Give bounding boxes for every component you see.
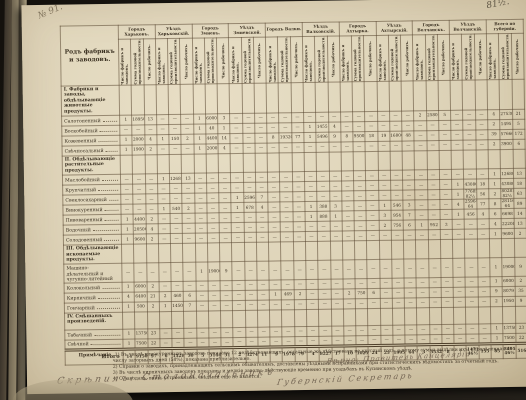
table-cell: —	[393, 335, 405, 345]
table-cell: 6000	[205, 114, 217, 124]
subcolumn-title: Число фабрикъ и заводовъ.	[118, 39, 131, 85]
table-cell: —	[133, 204, 145, 214]
subcolumn-title: Число рабочихъ.	[290, 37, 303, 83]
empty-cell	[487, 80, 500, 110]
table-cell: —	[342, 201, 354, 211]
table-cell: —	[354, 231, 366, 241]
empty-cell	[134, 244, 147, 263]
table-cell: —	[244, 213, 256, 223]
table-cell: —	[206, 183, 218, 193]
column-group-title: Городъ Валки.	[265, 23, 302, 38]
empty-cell	[256, 242, 269, 261]
table-cell: 9600	[502, 229, 514, 239]
table-cell: —	[243, 143, 255, 153]
dot-leader	[97, 304, 120, 309]
table-cell: 1	[490, 258, 503, 277]
subcolumn-title-text: Сумма годовой производительности.	[390, 36, 399, 80]
empty-cell	[304, 152, 317, 171]
table-cell: —	[181, 124, 193, 134]
empty-cell	[147, 312, 160, 329]
table-cell: —	[392, 260, 405, 279]
table-cell: —	[331, 279, 343, 289]
table-cell: —	[366, 211, 378, 221]
table-cell: —	[405, 335, 417, 345]
empty-cell	[490, 307, 503, 324]
empty-cell	[243, 153, 256, 172]
table-cell: 1	[120, 115, 132, 125]
table-cell: 89	[513, 199, 526, 209]
subcolumn-title-text: Число фабрикъ и заводовъ.	[157, 40, 166, 84]
empty-cell	[120, 155, 133, 174]
table-cell: —	[268, 182, 280, 192]
table-cell: —	[430, 334, 442, 344]
subcolumn-title-text: Число рабочихъ.	[221, 43, 226, 78]
empty-cell	[417, 308, 430, 325]
empty-cell	[466, 307, 479, 324]
table-cell: 23	[515, 323, 526, 333]
dot-leader	[105, 206, 119, 211]
empty-cell	[305, 242, 318, 261]
table-cell: 77	[292, 133, 304, 143]
table-cell: —	[196, 338, 208, 348]
table-cell: 1	[491, 324, 503, 334]
empty-cell	[416, 240, 429, 259]
table-cell: 4	[144, 135, 156, 145]
empty-cell	[193, 84, 206, 114]
row-label-text: Колокольный	[67, 286, 101, 292]
table-cell: 2	[488, 120, 500, 130]
table-cell: —	[356, 326, 368, 336]
table-cell: —	[330, 221, 342, 231]
table-cell: 1	[452, 189, 464, 199]
footnote-label: Примѣчаніе.	[79, 353, 113, 359]
table-cell: 7	[403, 210, 415, 220]
table-cell: —	[268, 202, 280, 212]
table-cell: —	[242, 123, 254, 133]
table-cell: —	[368, 325, 380, 335]
table-cell: 9	[515, 296, 526, 306]
table-cell: —	[317, 191, 329, 201]
table-cell: —	[280, 172, 292, 182]
table-cell: —	[342, 221, 354, 231]
subcolumn-title: Сумма годовой производительности.	[168, 38, 181, 84]
table-cell: 1	[158, 204, 170, 214]
table-cell: —	[245, 290, 257, 300]
table-cell: 77	[477, 199, 489, 209]
table-cell: —	[465, 258, 478, 277]
table-cell: 22	[147, 339, 159, 349]
table-cell: —	[207, 233, 219, 243]
table-cell: —	[317, 171, 329, 181]
empty-cell	[122, 312, 135, 329]
statistics-table: Родъ фабрикъ и заводовъ.Городъ Харьковъ.…	[60, 19, 526, 366]
empty-cell	[316, 152, 329, 171]
table-cell: —	[294, 300, 306, 310]
table-cell: —	[159, 282, 171, 292]
empty-cell	[450, 80, 463, 110]
column-group-title: Уѣздъ Ахтырскій.	[376, 21, 413, 36]
subcolumn-title: Число фабрикъ и заводовъ.	[229, 37, 242, 83]
subcolumn-title-text: Сумма годовой производительности.	[427, 36, 436, 80]
table-cell: 1	[489, 179, 501, 189]
table-cell: 63	[513, 189, 526, 199]
table-cell: —	[329, 142, 341, 152]
table-cell: 1	[122, 302, 134, 312]
table-cell: —	[342, 191, 354, 201]
subcolumn-title: Число фабрикъ и заводовъ.	[486, 34, 499, 80]
table-cell: 2	[343, 289, 355, 299]
table-cell: 57666	[500, 129, 512, 139]
empty-cell	[353, 152, 366, 171]
table-cell: 39	[488, 130, 500, 140]
table-cell: —	[426, 121, 438, 131]
table-cell: —	[244, 233, 256, 243]
table-cell: —	[429, 278, 441, 288]
table-cell: 172	[512, 129, 525, 139]
table-cell: —	[196, 301, 208, 311]
row-label-text: Винокуренный	[65, 208, 102, 214]
table-cell: —	[454, 334, 466, 344]
row-label-text: Крупчатный	[65, 188, 96, 194]
table-cell: —	[390, 121, 402, 131]
table-cell: —	[231, 213, 243, 223]
table-cell: —	[428, 200, 440, 210]
empty-cell	[415, 151, 428, 170]
table-cell: —	[230, 133, 242, 143]
row-label-flex: Маслобойный	[65, 176, 120, 184]
subcolumn-title-text: Сумма годовой производительности.	[169, 39, 178, 83]
table-cell: —	[294, 280, 306, 290]
row-label-text: Машино-дѣлательный и чугунно-литейный	[66, 266, 117, 282]
table-cell: —	[441, 287, 453, 297]
empty-cell	[352, 82, 365, 112]
table-cell: —	[181, 114, 193, 124]
table-cell: —	[317, 181, 329, 191]
table-cell: —	[452, 169, 464, 179]
table-cell: 5496	[316, 132, 328, 142]
table-cell: —	[269, 280, 281, 290]
table-cell: —	[307, 326, 319, 336]
column-group-title: Уѣздъ Волчанскій.	[449, 20, 486, 35]
table-cell: —	[196, 291, 208, 301]
empty-cell	[208, 311, 221, 328]
empty-cell	[255, 153, 268, 172]
empty-cell	[463, 80, 476, 110]
empty-cell	[315, 82, 328, 112]
table-cell: —	[219, 223, 231, 233]
table-cell: —	[417, 335, 429, 345]
table-cell: —	[403, 190, 415, 200]
subcolumn-title-text: Сумма годовой производительности.	[317, 37, 326, 81]
table-cell: —	[279, 123, 291, 133]
table-cell: —	[268, 222, 280, 232]
row-label-flex: Табачный	[67, 331, 122, 339]
table-cell: 40	[206, 124, 218, 134]
table-cell: 4	[489, 219, 501, 229]
table-cell: —	[305, 182, 317, 192]
table-cell: 9500	[353, 132, 365, 142]
table-cell: —	[390, 180, 402, 190]
empty-cell	[476, 150, 489, 169]
table-cell: —	[294, 327, 306, 337]
empty-cell	[341, 152, 354, 171]
table-cell: —	[270, 327, 282, 337]
table-cell: —	[194, 193, 206, 203]
table-cell: 546	[391, 200, 403, 210]
table-cell: —	[307, 336, 319, 346]
table-cell: —	[440, 200, 452, 210]
table-cell: —	[392, 278, 404, 288]
table-cell: —	[295, 336, 307, 346]
table-cell: 6698	[501, 209, 513, 219]
table-cell: —	[429, 288, 441, 298]
row-label-text: Водочный	[66, 228, 91, 234]
table-cell: —	[318, 261, 331, 280]
empty-cell	[378, 151, 391, 170]
table-cell: —	[475, 120, 487, 130]
table-cell: —	[306, 279, 318, 289]
subcolumn-title: Число фабрикъ и заводовъ.	[192, 38, 205, 84]
table-cell: 2	[159, 292, 171, 302]
table-cell: —	[380, 288, 392, 298]
table-cell: —	[441, 277, 453, 287]
subcolumn-title-text: Сумма годовой производительности.	[353, 37, 362, 81]
subcolumn-title: Сумма годовой производительности.	[351, 36, 364, 82]
empty-cell	[377, 81, 390, 111]
table-cell: —	[366, 201, 378, 211]
table-cell: 388	[317, 201, 329, 211]
empty-cell	[217, 84, 230, 114]
empty-cell	[218, 154, 231, 173]
table-cell: —	[121, 204, 133, 214]
table-cell: —	[404, 288, 416, 298]
table-cell: 4	[122, 292, 134, 302]
table-cell: —	[466, 297, 478, 307]
table-cell: 2	[515, 276, 526, 286]
table-cell: 6	[512, 139, 525, 149]
table-cell: —	[441, 259, 454, 278]
table-cell: —	[378, 141, 390, 151]
table-cell: 1	[489, 229, 501, 239]
empty-cell	[132, 155, 145, 174]
table-cell: —	[465, 219, 477, 229]
table-cell: —	[304, 112, 316, 122]
table-cell: —	[256, 232, 268, 242]
table-cell: 1	[195, 262, 208, 281]
table-cell: 5	[512, 119, 525, 129]
table-cell: 2	[146, 214, 158, 224]
table-cell: 2	[146, 234, 158, 244]
dot-leader	[100, 127, 118, 132]
subcolumn-title: Число фабрикъ и заводовъ.	[376, 35, 389, 81]
empty-cell	[401, 81, 414, 111]
table-cell: —	[195, 213, 207, 223]
table-cell: —	[232, 233, 244, 243]
empty-cell	[392, 308, 405, 325]
empty-cell	[291, 83, 304, 113]
table-cell: —	[391, 190, 403, 200]
table-cell: —	[220, 291, 232, 301]
table-cell: 8	[267, 133, 279, 143]
subcolumn-title: Сумма годовой производительности.	[425, 35, 438, 81]
table-cell: —	[160, 329, 172, 339]
table-cell: —	[340, 112, 352, 122]
table-cell: 1	[157, 174, 169, 184]
table-cell: 9	[490, 287, 502, 297]
empty-cell	[478, 307, 491, 324]
table-cell: —	[121, 194, 133, 204]
empty-cell	[205, 84, 218, 114]
table-cell: —	[451, 140, 463, 150]
table-cell: —	[331, 326, 343, 336]
table-cell: —	[243, 173, 255, 183]
table-cell: —	[463, 130, 475, 140]
table-cell: —	[182, 213, 194, 223]
row-label-flex: Водочный	[66, 226, 121, 234]
table-cell: 1	[159, 302, 171, 312]
table-cell: 3	[379, 211, 391, 221]
table-cell: —	[368, 335, 380, 345]
table-cell: —	[145, 184, 157, 194]
table-cell: —	[208, 301, 220, 311]
table-cell: —	[466, 324, 478, 334]
table-cell: —	[465, 229, 477, 239]
table-cell: —	[343, 279, 355, 289]
empty-cell	[380, 308, 393, 325]
table-cell: —	[245, 280, 257, 290]
table-cell: —	[207, 203, 219, 213]
dot-leader	[109, 196, 118, 201]
table-cell: 1950	[503, 296, 515, 306]
table-cell: 678	[244, 203, 256, 213]
table-cell: —	[367, 278, 379, 288]
table-cell: —	[342, 211, 354, 221]
table-cell: —	[365, 121, 377, 131]
row-label-flex: Воскобойный	[64, 127, 119, 135]
row-label-text: Свѣчной	[67, 343, 88, 348]
table-cell: —	[405, 325, 417, 335]
table-cell: 18	[476, 179, 488, 189]
table-cell: 13	[182, 173, 194, 183]
table-cell: —	[463, 120, 475, 130]
empty-cell	[280, 153, 293, 172]
table-cell: 22208	[501, 219, 513, 229]
table-cell: 3	[403, 200, 415, 210]
subcolumn-title-text: Число фабрикъ и заводовъ.	[415, 36, 424, 80]
empty-cell	[292, 153, 305, 172]
empty-cell	[319, 309, 332, 326]
table-cell: 4	[146, 224, 158, 234]
table-cell: —	[206, 173, 218, 183]
table-cell: 3	[329, 201, 341, 211]
table-cell: 16800	[390, 131, 402, 141]
table-cell: —	[451, 110, 463, 120]
empty-cell	[342, 241, 355, 260]
empty-cell	[266, 83, 279, 113]
table-cell: —	[120, 174, 132, 184]
table-cell: 9600	[134, 234, 146, 244]
subcolumn-title-text: Сумма годовой производительности.	[464, 35, 473, 79]
dot-leader	[104, 236, 119, 241]
table-cell: 7500	[503, 333, 515, 343]
empty-cell	[230, 83, 243, 113]
table-cell: 2	[414, 111, 426, 121]
table-cell: —	[171, 281, 183, 291]
table-cell: 19000	[502, 258, 515, 277]
handwritten-folio-number-left: № 91.	[37, 2, 65, 21]
subcolumn-title: Число фабрикъ и заводовъ.	[155, 39, 168, 85]
table-cell: —	[230, 123, 242, 133]
table-cell: —	[230, 143, 242, 153]
table-cell: —	[257, 300, 269, 310]
table-cell: —	[220, 301, 232, 311]
table-cell: —	[233, 290, 245, 300]
row-label-text: Маслобойный	[65, 178, 100, 184]
table-cell: 2580	[426, 111, 438, 121]
subcolumn-title-text: Число фабрикъ и заводовъ.	[304, 37, 313, 81]
empty-cell	[364, 81, 377, 111]
table-cell: —	[391, 230, 403, 240]
subcolumn-title-text: Сумма годовой производительности.	[206, 39, 215, 83]
table-cell: 2	[182, 203, 194, 213]
table-cell: —	[366, 221, 378, 231]
table-cell: —	[318, 289, 330, 299]
table-cell: 1	[305, 202, 317, 212]
subcolumn-title: Сумма годовой производительности.	[204, 38, 217, 84]
subcolumn-title-text: Число рабочихъ.	[147, 44, 152, 79]
table-cell: —	[183, 263, 196, 282]
empty-cell	[156, 85, 169, 115]
table-cell: —	[242, 113, 254, 123]
empty-cell	[281, 242, 294, 261]
table-cell: —	[306, 289, 318, 299]
row-label-flex: Салотопенный	[64, 117, 119, 125]
table-cell: —	[453, 259, 466, 278]
table-cell: —	[439, 140, 451, 150]
table-cell: 1	[304, 122, 316, 132]
table-cell: —	[354, 201, 366, 211]
table-cell: 1	[121, 234, 133, 244]
empty-cell	[365, 151, 378, 170]
subcolumn-title: Сумма годовой производительности.	[131, 39, 144, 85]
subcolumn-title-text: Число фабрикъ и заводовъ.	[120, 40, 129, 84]
table-cell: —	[255, 133, 267, 143]
subcolumn-title-text: Число рабочихъ.	[368, 41, 373, 76]
subcolumn-title: Сумма годовой производительности.	[388, 35, 401, 81]
table-cell: 1	[193, 134, 205, 144]
table-cell: —	[293, 202, 305, 212]
table-cell: 1	[194, 144, 206, 154]
table-cell: 12680	[501, 169, 513, 179]
empty-cell	[413, 81, 426, 111]
row-label-flex: Колокольный	[67, 284, 122, 292]
empty-cell	[402, 151, 415, 170]
subcolumn-title-text: Число рабочихъ.	[405, 40, 410, 75]
table-cell: —	[428, 230, 440, 240]
table-cell: —	[367, 231, 379, 241]
table-cell: 5	[438, 110, 450, 120]
section-heading: II. Обдѣлывающіе растительные продукты.	[62, 155, 120, 175]
table-cell: —	[439, 120, 451, 130]
subcolumn-title-text: Число рабочихъ.	[257, 42, 262, 77]
empty-cell	[489, 239, 502, 258]
table-cell: 4	[488, 110, 500, 120]
table-cell: 3	[440, 220, 452, 230]
empty-cell	[171, 244, 184, 263]
dot-leader	[98, 294, 120, 299]
table-cell: —	[366, 171, 378, 181]
table-cell: 888	[317, 211, 329, 221]
